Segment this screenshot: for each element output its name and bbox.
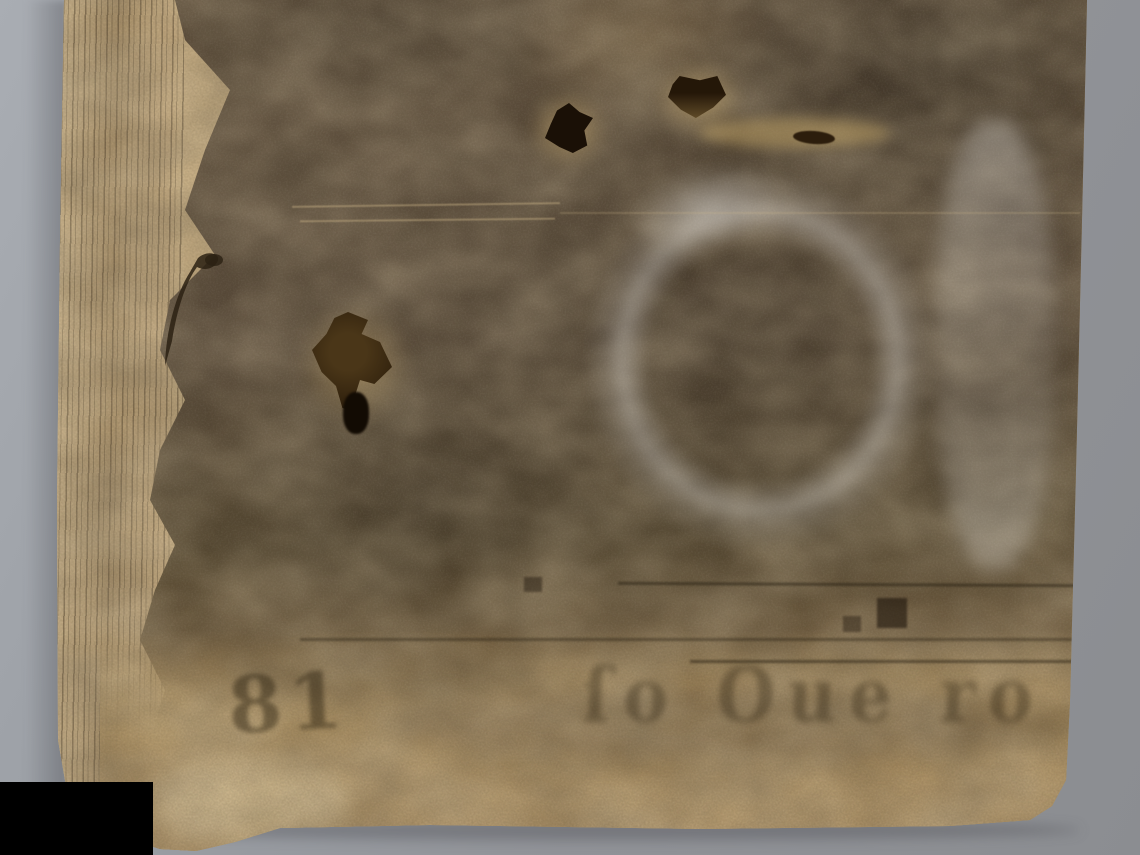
scratch-line <box>560 212 1080 214</box>
ink-flourish-mark <box>140 248 230 378</box>
ghost-print-square <box>843 616 861 632</box>
hole-deep-core <box>343 392 369 434</box>
glossy-streak-right <box>935 120 1055 570</box>
book: 81 ſo Oue ro <box>0 0 1140 855</box>
ghost-print-square <box>877 598 907 628</box>
black-redaction-block <box>0 782 153 855</box>
ghost-print-square <box>524 577 542 592</box>
ghost-stamp-text: 81 <box>226 655 351 752</box>
ghost-ruled-line <box>300 638 1086 641</box>
ghost-title-text: ſo Oue ro <box>580 651 1046 741</box>
photo-frame: 81 ſo Oue ro <box>0 0 1140 855</box>
